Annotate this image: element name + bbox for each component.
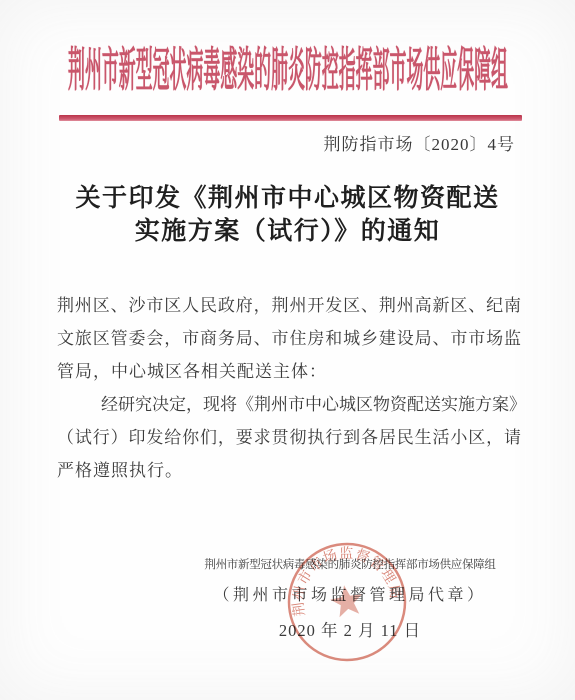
body-line: 荆州区、沙市区人民政府，荆州开发区、荆州高新区、纪南 xyxy=(57,289,521,322)
body-line: （试行）印发给你们，要求贯彻执行到各居民生活小区，请 xyxy=(57,421,521,454)
document-number: 荆防指市场〔2020〕4号 xyxy=(324,130,516,155)
body-line: 经研究决定，现将《荆州市中心城区物资配送实施方案》 xyxy=(57,388,521,421)
scanned-official-document: 荆州市新型冠状病毒感染的肺炎防控指挥部市场供应保障组 荆防指市场〔2020〕4号… xyxy=(0,0,575,700)
body-line: 管局，中心城区各相关配送主体： xyxy=(57,355,521,388)
letterhead: 荆州市新型冠状病毒感染的肺炎防控指挥部市场供应保障组 xyxy=(0,44,575,98)
red-divider-line xyxy=(59,115,522,121)
body-line: 文旅区管委会，市商务局、市住房和城乡建设局、市市场监 xyxy=(57,322,521,355)
body-line: 严格遵照执行。 xyxy=(57,454,521,487)
document-body: 荆州区、沙市区人民政府，荆州开发区、荆州高新区、纪南 文旅区管委会，市商务局、市… xyxy=(57,289,521,487)
seal-star-icon xyxy=(328,582,365,618)
document-title: 关于印发《荆州市中心城区物资配送 实施方案（试行）》的通知 xyxy=(0,182,575,248)
document-title-line2: 实施方案（试行）》的通知 xyxy=(0,215,575,248)
official-seal: 荆州市市场监督管理局 xyxy=(266,521,428,683)
document-title-line1: 关于印发《荆州市中心城区物资配送 xyxy=(0,182,575,215)
letterhead-org-title: 荆州市新型冠状病毒感染的肺炎防控指挥部市场供应保障组 xyxy=(68,44,508,98)
